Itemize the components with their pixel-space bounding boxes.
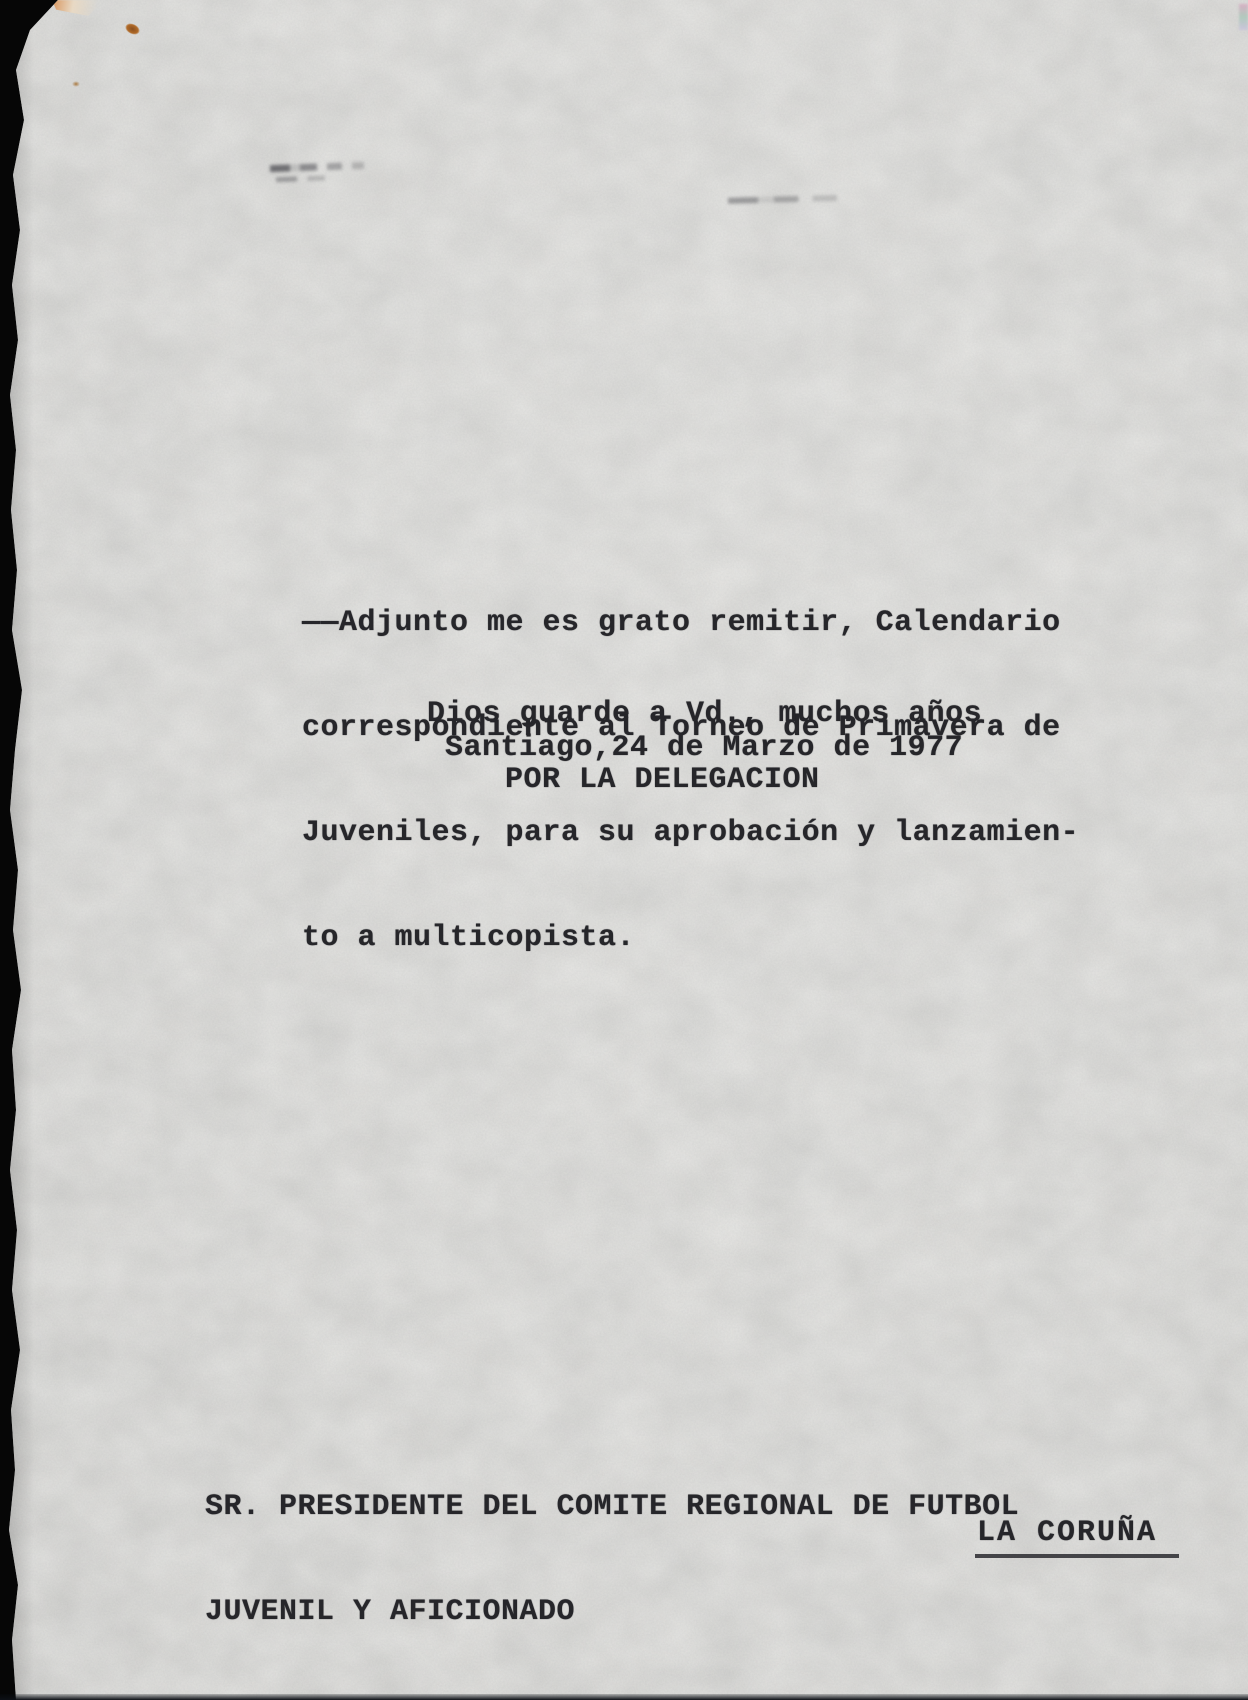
paper-sheet: ——Adjunto me es grato remitir, Calendari… [0,0,1248,1700]
scan-background: ——Adjunto me es grato remitir, Calendari… [0,0,1248,1700]
scan-edge-bottom [0,1694,1248,1700]
body-line-1: ——Adjunto me es grato remitir, Calendari… [302,606,1079,641]
faded-type-smudge-left [270,161,394,172]
torn-corner-chip [52,0,104,16]
addressee-line-2: JUVENIL Y AFICIONADO [205,1595,1019,1630]
body-line-4: to a multicopista. [302,921,1079,956]
addressee-block: SR. PRESIDENTE DEL COMITE REGIONAL DE FU… [205,1420,1019,1700]
rust-spot-top [124,21,142,36]
rust-spot-small [72,81,80,87]
addressee-line-1: SR. PRESIDENTE DEL COMITE REGIONAL DE FU… [205,1490,1019,1525]
destination-city: LA CORUÑA [975,1516,1179,1558]
faded-type-smudge-left-2 [276,175,346,182]
torn-edge-shadow [0,0,34,1700]
date-line: Santiago,24 de Marzo de 1977 [445,731,963,766]
signature-line: POR LA DELEGACION [505,763,820,798]
scan-artifact-top-right [1239,4,1248,30]
body-line-3: Juveniles, para su aprobación y lanzamie… [302,816,1079,851]
valediction-line: Dios guarde a Vd., muchos años [427,697,982,732]
faded-type-smudge-right [728,194,864,204]
